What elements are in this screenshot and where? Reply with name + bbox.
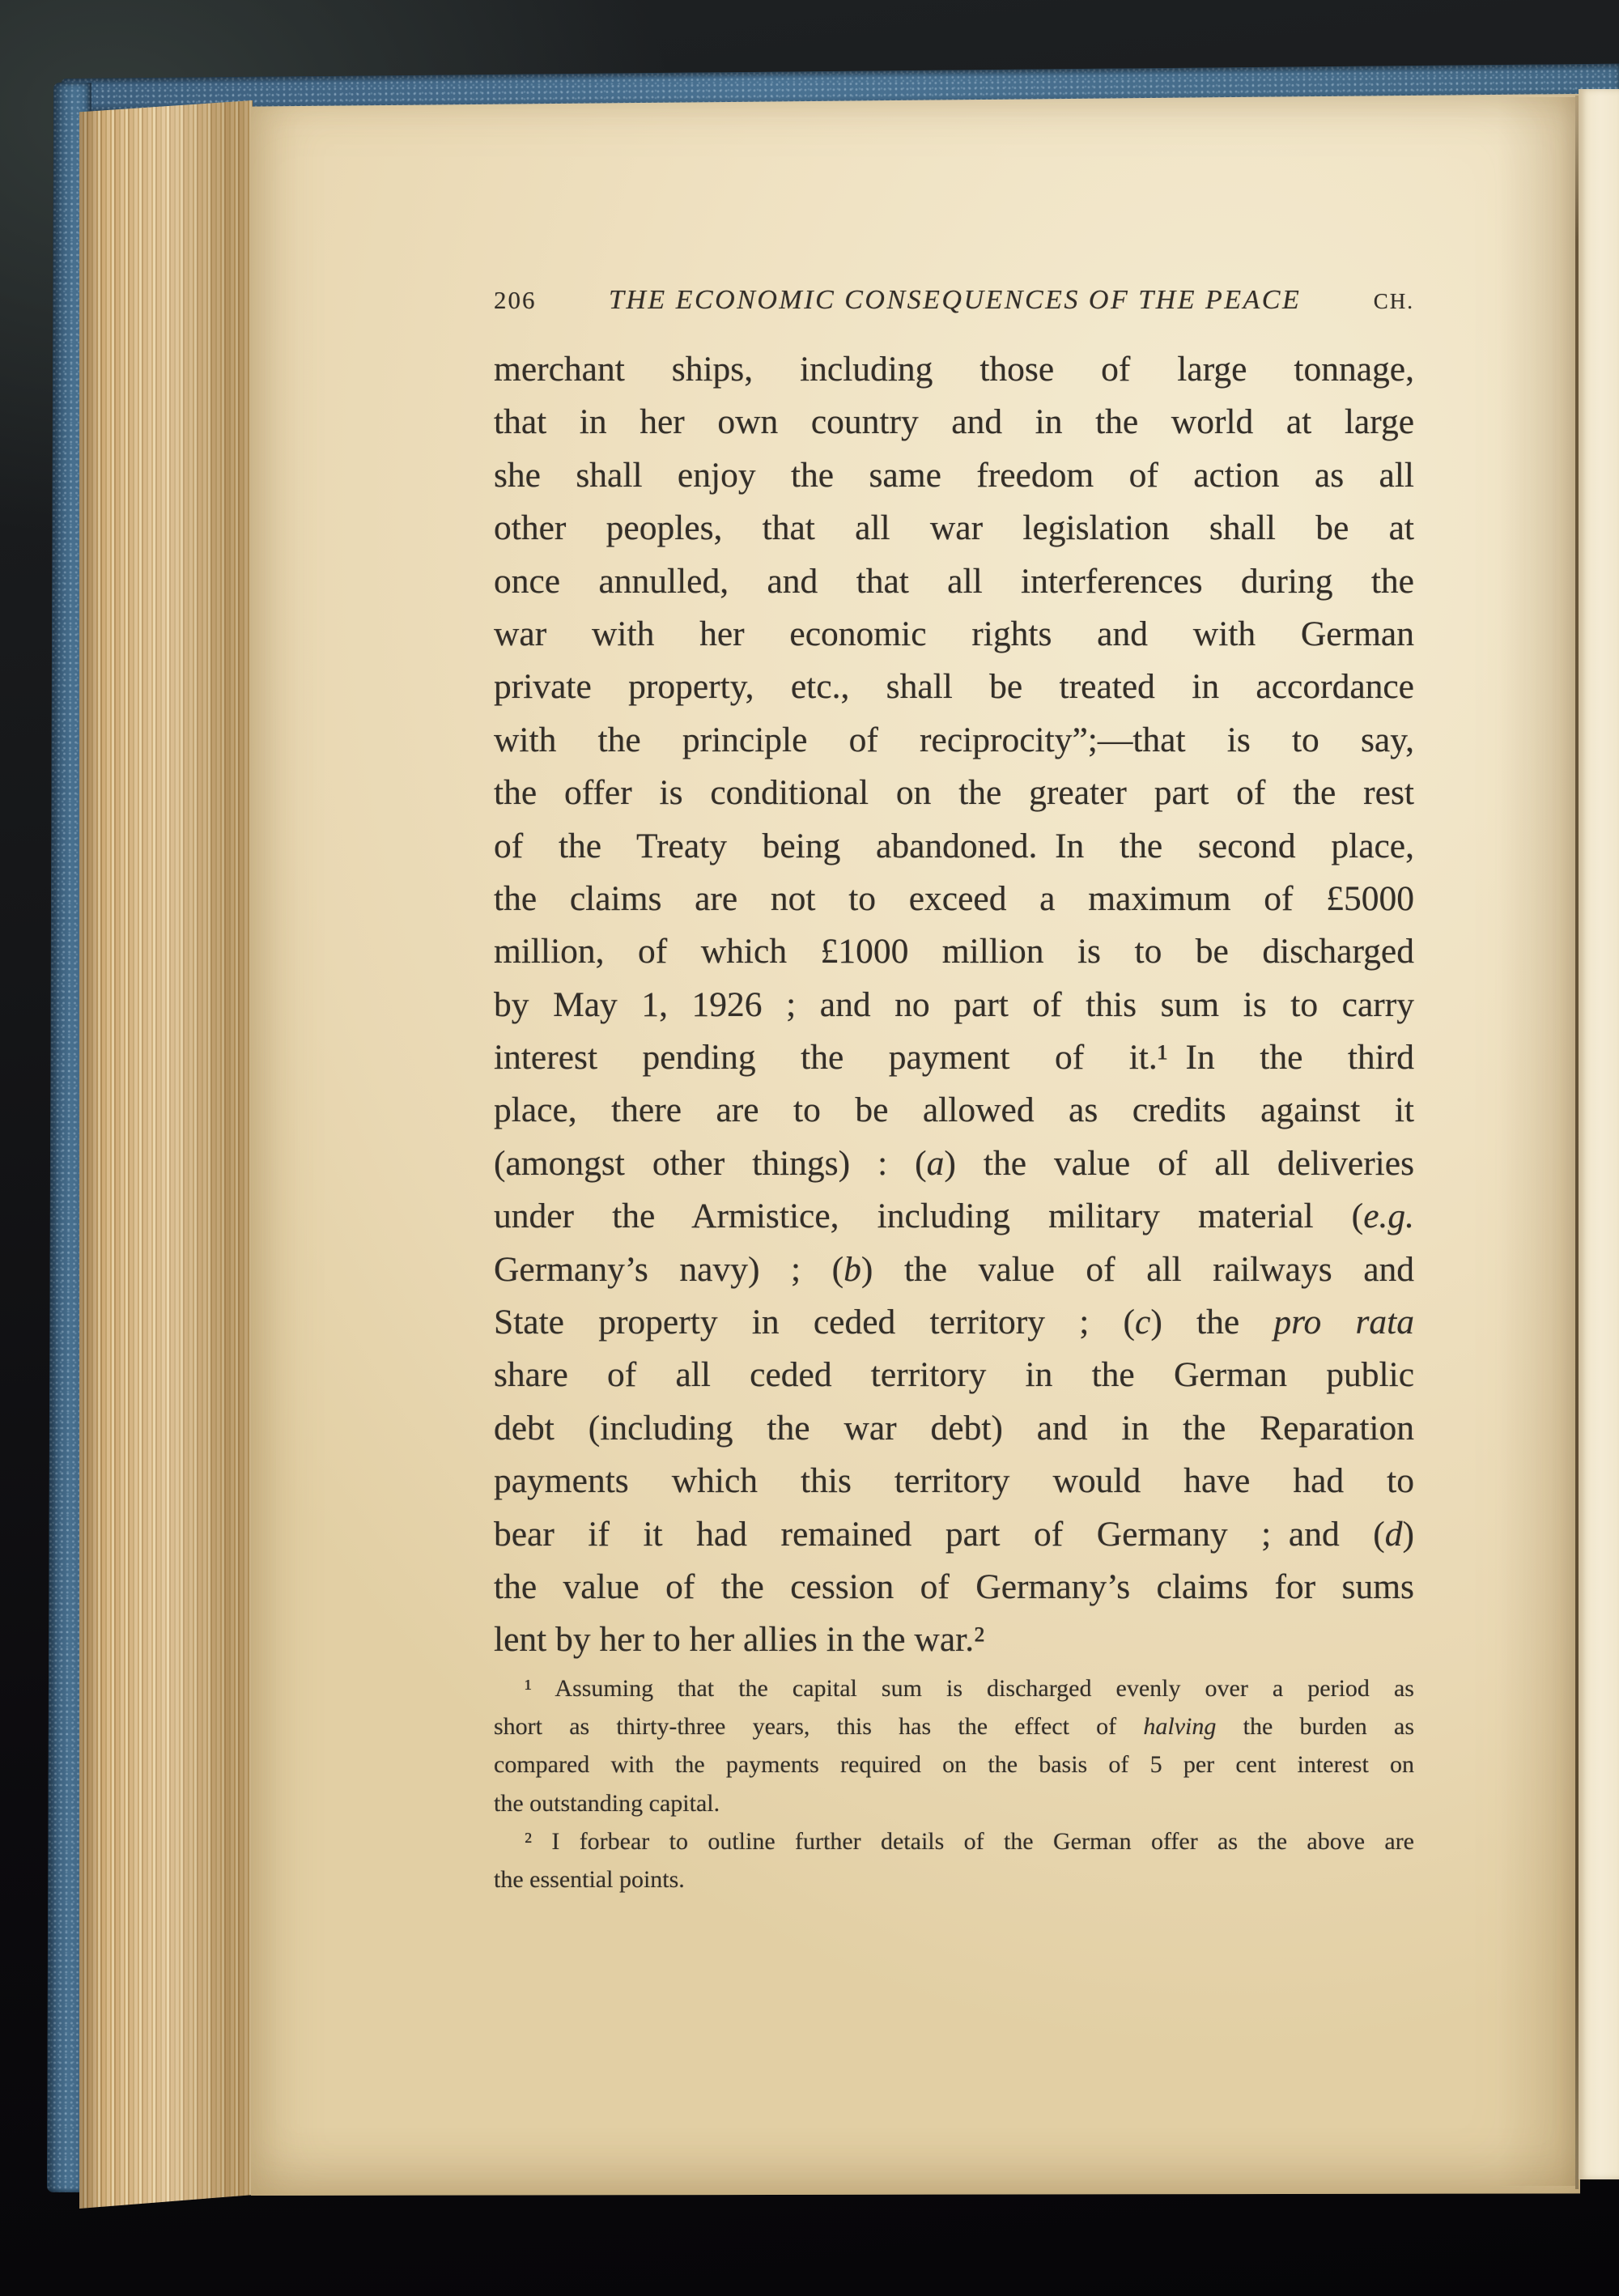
- body-line: with the principle of reciprocity”;—that…: [494, 714, 1414, 767]
- text-segment: the claims are not to exceed a maximum o…: [494, 879, 1414, 918]
- footnote-line: ² I forbear to outline further details o…: [494, 1822, 1414, 1860]
- italic-text-segment: d: [1385, 1515, 1403, 1554]
- body-line: share of all ceded territory in the Germ…: [494, 1349, 1414, 1401]
- text-segment: ) the value of all deliveries: [944, 1144, 1414, 1183]
- text-segment: payments which this territory would have…: [494, 1461, 1414, 1500]
- text-segment: (amongst other things) : (: [494, 1144, 927, 1183]
- italic-text-segment: halving: [1143, 1713, 1216, 1740]
- footnote-line: the essential points.: [494, 1860, 1414, 1898]
- footnote-line: short as thirty-three years, this has th…: [494, 1707, 1414, 1745]
- book-scan: 206 THE ECONOMIC CONSEQUENCES OF THE PEA…: [0, 0, 1619, 2296]
- running-header: 206 THE ECONOMIC CONSEQUENCES OF THE PEA…: [494, 285, 1414, 317]
- body-line: the value of the cession of Germany’s cl…: [494, 1561, 1414, 1614]
- footnote-line: ¹ Assuming that the capital sum is disch…: [494, 1669, 1414, 1707]
- body-line: million, of which £1000 million is to be…: [494, 925, 1414, 978]
- text-segment: State property in ceded territory ; (: [494, 1303, 1135, 1341]
- text-segment: of the Treaty being abandoned. In the se…: [494, 827, 1414, 865]
- text-segment: that in her own country and in the world…: [494, 402, 1414, 441]
- text-segment: Germany’s navy) ; (: [494, 1250, 843, 1289]
- body-line: private property, etc., shall be treated…: [494, 661, 1414, 713]
- text-segment: private property, etc., shall be treated…: [494, 667, 1414, 706]
- body-line: by May 1, 1926 ; and no part of this sum…: [494, 979, 1414, 1031]
- text-segment: ¹ Assuming that the capital sum is disch…: [525, 1675, 1414, 1702]
- text-segment: ) the value of all railways and: [861, 1250, 1414, 1289]
- text-segment: compared with the payments required on t…: [494, 1751, 1414, 1778]
- footnote-line: the outstanding capital.: [494, 1784, 1414, 1822]
- body-line: the claims are not to exceed a maximum o…: [494, 873, 1414, 925]
- chapter-heading-abbrev: CH.: [1374, 289, 1414, 314]
- body-line: debt (including the war debt) and in the…: [494, 1402, 1414, 1455]
- body-line: under the Armistice, including military …: [494, 1190, 1414, 1243]
- text-segment: the burden as: [1216, 1713, 1414, 1740]
- body-line: State property in ceded territory ; (c) …: [494, 1296, 1414, 1349]
- italic-text-segment: e.g.: [1363, 1197, 1414, 1235]
- italic-text-segment: c: [1135, 1303, 1150, 1341]
- body-line: (amongst other things) : (a) the value o…: [494, 1137, 1414, 1190]
- text-segment: the offer is conditional on the greater …: [494, 773, 1414, 812]
- body-line: of the Treaty being abandoned. In the se…: [494, 820, 1414, 873]
- body-line: payments which this territory would have…: [494, 1455, 1414, 1507]
- body-line: place, there are to be allowed as credit…: [494, 1084, 1414, 1137]
- body-line: that in her own country and in the world…: [494, 396, 1414, 449]
- text-segment: by May 1, 1926 ; and no part of this sum…: [494, 985, 1414, 1024]
- body-line: bear if it had remained part of Germany …: [494, 1508, 1414, 1561]
- text-segment: she shall enjoy the same freedom of acti…: [494, 456, 1414, 495]
- text-segment: the outstanding capital.: [494, 1790, 720, 1817]
- text-segment: merchant ships, including those of large…: [494, 350, 1414, 389]
- body-line: war with her economic rights and with Ge…: [494, 608, 1414, 661]
- text-segment: war with her economic rights and with Ge…: [494, 614, 1414, 653]
- text-segment: bear if it had remained part of Germany …: [494, 1515, 1385, 1554]
- body-line: other peoples, that all war legislation …: [494, 502, 1414, 555]
- text-segment: the value of the cession of Germany’s cl…: [494, 1567, 1414, 1606]
- text-segment: with the principle of reciprocity”;—that…: [494, 721, 1414, 759]
- body-line: Germany’s navy) ; (b) the value of all r…: [494, 1244, 1414, 1296]
- page-text: 206 THE ECONOMIC CONSEQUENCES OF THE PEA…: [0, 0, 1619, 2296]
- body-line: interest pending the payment of it.¹ In …: [494, 1031, 1414, 1084]
- text-segment: interest pending the payment of it.¹ In …: [494, 1038, 1414, 1077]
- body-line: merchant ships, including those of large…: [494, 343, 1414, 396]
- running-title: THE ECONOMIC CONSEQUENCES OF THE PEACE: [537, 285, 1374, 316]
- footnotes: ¹ Assuming that the capital sum is disch…: [494, 1669, 1414, 1898]
- text-segment: under the Armistice, including military …: [494, 1197, 1363, 1235]
- text-segment: ): [1403, 1515, 1415, 1554]
- italic-text-segment: b: [843, 1250, 861, 1289]
- text-segment: other peoples, that all war legislation …: [494, 508, 1414, 547]
- body-text: merchant ships, including those of large…: [494, 343, 1414, 1667]
- text-segment: lent by her to her allies in the war.²: [494, 1620, 984, 1659]
- text-segment: the essential points.: [494, 1866, 685, 1893]
- text-segment: once annulled, and that all interference…: [494, 562, 1414, 601]
- body-line: she shall enjoy the same freedom of acti…: [494, 449, 1414, 502]
- text-segment: million, of which £1000 million is to be…: [494, 932, 1414, 971]
- page-number: 206: [494, 286, 537, 315]
- footnote-line: compared with the payments required on t…: [494, 1745, 1414, 1784]
- text-segment: place, there are to be allowed as credit…: [494, 1091, 1414, 1129]
- body-line: the offer is conditional on the greater …: [494, 767, 1414, 819]
- text-segment: share of all ceded territory in the Germ…: [494, 1355, 1414, 1394]
- italic-text-segment: pro rata: [1273, 1303, 1414, 1341]
- text-segment: ) the: [1150, 1303, 1273, 1341]
- text-segment: ² I forbear to outline further details o…: [525, 1828, 1414, 1855]
- body-line: lent by her to her allies in the war.²: [494, 1614, 1414, 1666]
- body-line: once annulled, and that all interference…: [494, 555, 1414, 608]
- italic-text-segment: a: [927, 1144, 945, 1183]
- text-segment: debt (including the war debt) and in the…: [494, 1409, 1414, 1448]
- text-segment: short as thirty-three years, this has th…: [494, 1713, 1143, 1740]
